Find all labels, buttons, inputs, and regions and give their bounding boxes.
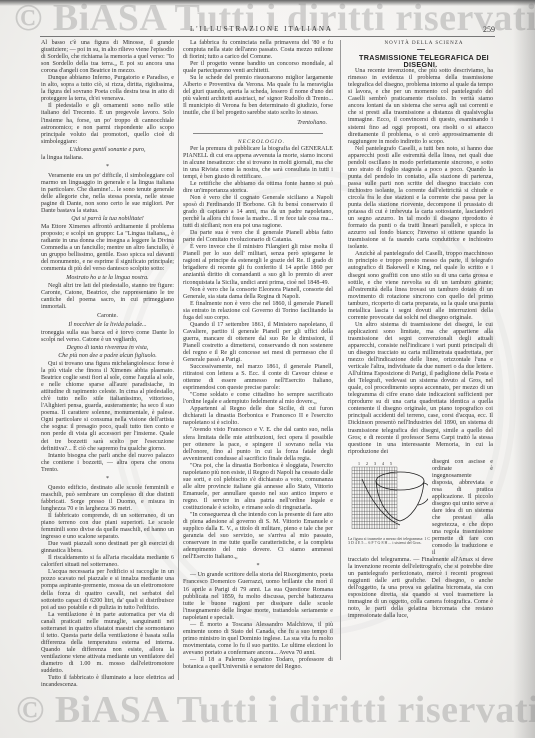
paragraph: Successivamente, nel marzo 1861, il gene…	[183, 364, 333, 392]
verse-quote: Mostrato ho a te la lingua nostra.	[41, 275, 174, 282]
paragraph: Veramente era un po' difficile, il simbo…	[41, 173, 174, 215]
paragraph: Quando il 17 settembre 1861, il Minister…	[183, 322, 333, 364]
paragraph: L'acqua necessaria per l'edificio si rac…	[41, 569, 174, 611]
paragraph: — È morto a Toscana Alessandro Malchiova…	[183, 622, 333, 657]
column-2: La fabbrica fu cominciata nella primaver…	[183, 40, 333, 671]
column-divider	[340, 40, 341, 660]
paragraph: Appartenni al Regno delle due Sicilie, d…	[183, 406, 333, 427]
section-star: *	[41, 164, 174, 171]
article-headline: TRASMISSIONE TELEGRAFICA DEI DISEGNI.	[348, 54, 493, 68]
paragraph: Al basso c'è una figura di Minosse, il g…	[41, 40, 174, 75]
header-rule	[40, 36, 495, 37]
paragraph: "Come soldato e come cittadino ho sempre…	[183, 392, 333, 406]
paragraph: Questo edificio, destinato alle scuole f…	[41, 485, 174, 513]
cup-grid-illustration: 12345	[348, 459, 428, 533]
paragraph: "In conseguenza di che intendo con la pr…	[183, 512, 333, 561]
figure-caption: La figura si trasmette a mezzo dei teleg…	[348, 537, 430, 546]
verse-quote: Che più non dee a padre alcun figliuolo.	[41, 353, 174, 360]
running-title: L'ILLUSTRAZIONE ITALIANA	[190, 25, 333, 33]
paragraph: Il piedestallo e gli ornamenti sono nell…	[41, 103, 174, 145]
paragraph: — Un grande scrittore della storia del R…	[183, 572, 333, 621]
paragraph: Due vasti piazzali sono destinati per gl…	[41, 541, 174, 555]
figure-block: 12345 disegni con ascisse e ordinate è i…	[348, 459, 493, 555]
svg-text:4: 4	[382, 461, 384, 466]
verse-quote: Degno di tanta riverenza in vista,	[41, 345, 174, 352]
author-signature: Trentoliano.	[183, 120, 327, 127]
scan-edge-right	[513, 0, 535, 738]
section-title-necrologio: NECROLOGIO.	[183, 139, 333, 146]
paragraph: troneggia sulla sua barca ed è torvo com…	[41, 330, 174, 344]
paragraph: Nel pantelegrafo Caselli, a tutti ben no…	[348, 146, 493, 252]
paragraph: Una recente invenzione, che più sotto de…	[348, 68, 493, 146]
paragraph: "Avendo visto Francesco e V. E. che dal …	[183, 427, 333, 462]
paragraph: Su le schede del premio risuonarono migl…	[183, 75, 333, 117]
paragraph: "Ora poi, che la dinastia Borbonica è sl…	[183, 463, 333, 512]
figure-side-text: disegni con ascisse e ordinate è ingegno…	[432, 459, 493, 558]
kicker-dash	[417, 49, 425, 50]
paragraph: Negli altri tre lati del piedestallo, st…	[41, 283, 174, 311]
paragraph: Non è vero che la consorte Eleonora Pian…	[183, 287, 333, 301]
paragraph: la lingua italiana.	[41, 155, 174, 162]
paragraph: E finalmente non è vero che nel 1860, il…	[183, 301, 333, 322]
paragraph: Per il progetto venne bandito un concors…	[183, 61, 333, 75]
verse-quote: Il nocchier de la livida palude...	[41, 322, 174, 329]
paragraph: — Il 18 a Palermo Agostino Todaro, profe…	[183, 657, 333, 671]
section-divider	[193, 133, 323, 134]
figure-label: Caronte.	[41, 313, 174, 320]
paragraph: Ma Ettore Ximenes affrontò arditamente i…	[41, 224, 174, 273]
section-star: *	[183, 563, 333, 570]
verse-quote: L'idioma gentil sonante e puro,	[41, 147, 174, 154]
paragraph: La ventilazione è in parte automatica pe…	[41, 612, 174, 675]
section-star: *	[41, 476, 174, 483]
paragraph: Non è vero che il cognato Generale sicil…	[183, 195, 333, 230]
paragraph: Il fabbricato comprende, di un sotterran…	[41, 513, 174, 541]
paragraph: Le rettifiche che abbiamo da ottima font…	[183, 181, 333, 195]
paragraph: Qui si trovano una figura michelangioles…	[41, 361, 174, 453]
svg-text:2: 2	[366, 461, 368, 466]
paragraph: Intanto bisogna che parli anche del nuov…	[41, 453, 174, 474]
paragraph: La fabbrica fu cominciata nella primaver…	[183, 40, 333, 61]
paragraph: È vero invece che il ministro Filangieri…	[183, 244, 333, 286]
page-number: 259	[483, 25, 495, 34]
column-3: NOVITÀ DELLA SCIENZA TRASMISSIONE TELEGR…	[348, 40, 493, 620]
svg-text:5: 5	[390, 461, 392, 466]
column-1: Al basso c'è una figura di Minosse, il g…	[41, 40, 174, 689]
svg-text:1: 1	[358, 461, 360, 466]
section-kicker: NOVITÀ DELLA SCIENZA	[348, 40, 493, 47]
paragraph: Anzichè al pantelegrafo del Caselli, tro…	[348, 251, 493, 321]
copyright-watermark-bottom: © BiASA Tutti i diritti riservati	[16, 688, 535, 732]
paragraph: Un altro sistema di trasmissione dei dis…	[348, 322, 493, 456]
svg-text:3: 3	[374, 461, 376, 466]
verse-quote: Qui si parrà la tua nobilitate!	[41, 216, 174, 223]
newspaper-page: © BiASA Tutti i diritti riservati L'ILLU…	[0, 0, 535, 738]
paragraph: Da parte sua è vero che il generale Pian…	[183, 230, 333, 244]
paragraph: Per la premura di pubblicare la biografi…	[183, 146, 333, 181]
page-header: L'ILLUSTRAZIONE ITALIANA 259	[40, 22, 495, 36]
paragraph: tracciato del telegramma. — Finalmente a…	[348, 557, 493, 620]
paragraph: Dunque abbiamo Inferno, Purgatorio e Par…	[41, 75, 174, 103]
column-divider	[178, 40, 179, 680]
paragraph: Il riscaldamento si fa all'aria riscalda…	[41, 555, 174, 569]
